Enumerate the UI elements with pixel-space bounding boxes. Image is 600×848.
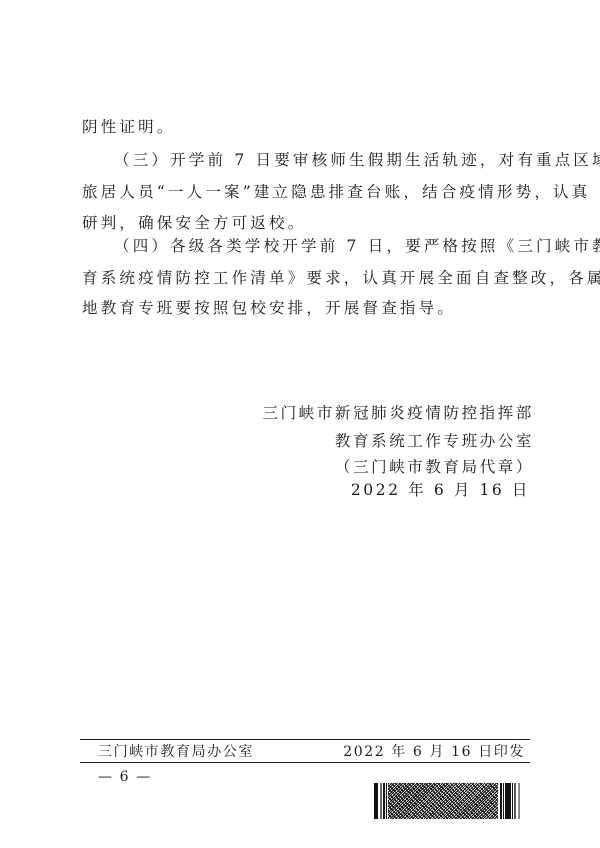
footer-issuer: 三门峡市教育局办公室 [98,743,254,761]
body-line-1: 阴性证明。 [82,117,176,137]
footer-bottom-rule [80,762,530,763]
footer-top-rule [80,739,530,740]
signature-office: 教育系统工作专班办公室 [335,431,534,451]
body-line-5: （四）各级各类学校开学前 7 日，要严格按照《三门峡市教 [114,236,600,256]
body-line-2: （三）开学前 7 日要审核师生假期生活轨迹，对有重点区域 [114,150,600,170]
signature-seal-note: （三门峡市教育局代章） [335,457,534,477]
signature-org: 三门峡市新冠肺炎疫情防控指挥部 [262,403,534,423]
page-number: — 6 — [98,768,152,786]
signature-date: 2022 年 6 月 16 日 [351,480,530,500]
footer-issue-date: 2022 年 6 月 16 日印发 [343,743,525,761]
body-line-6: 育系统疫情防控工作清单》要求，认真开展全面自查整改，各属 [82,268,600,288]
body-line-7: 地教育专班要按照包校安排，开展督查指导。 [82,298,456,318]
body-line-4: 研判，确保安全方可返校。 [82,213,306,233]
barcode-icon [374,783,520,819]
body-line-3: 旅居人员“一人一案”建立隐患排查台账，结合疫情形势，认真 [82,182,590,202]
